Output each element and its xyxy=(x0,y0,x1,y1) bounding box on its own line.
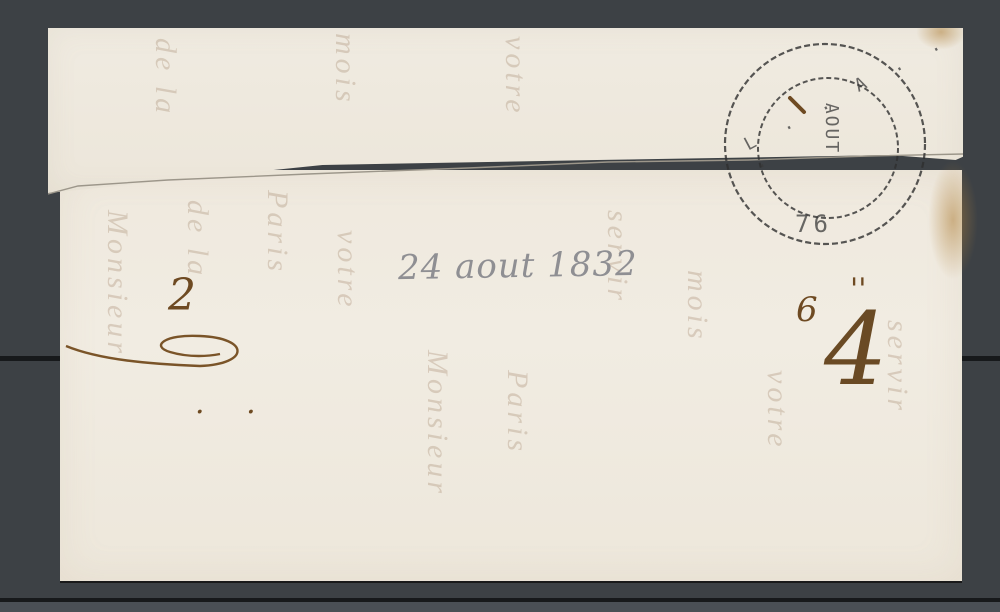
manuscript-flourish xyxy=(60,330,260,390)
manuscript-rate-left: 2 xyxy=(168,270,196,321)
manuscript-dots: · · xyxy=(195,395,272,430)
bleed-through-text: votre xyxy=(498,36,532,117)
bleed-through-text: Paris xyxy=(260,190,294,275)
bleed-through-text: de la xyxy=(148,38,182,117)
manuscript-rate-right: 4 xyxy=(824,300,888,400)
bleed-through-text: mois xyxy=(328,33,362,106)
bleed-through-text: votre xyxy=(760,370,794,451)
mount-strip xyxy=(0,602,1000,612)
postmark-department-number: 76 xyxy=(795,210,832,238)
bleed-through-text: mois xyxy=(680,270,714,343)
postmark-date-text: AOUT xyxy=(821,103,842,154)
pencil-date-annotation: 24 aout 1832 xyxy=(398,244,638,288)
bleed-through-text: votre xyxy=(330,230,364,311)
bleed-through-text: Monsieur xyxy=(420,350,454,497)
manuscript-prefix: 6 xyxy=(796,290,818,330)
bleed-through-text: Paris xyxy=(500,370,534,455)
bleed-through-text: de la xyxy=(180,200,214,279)
